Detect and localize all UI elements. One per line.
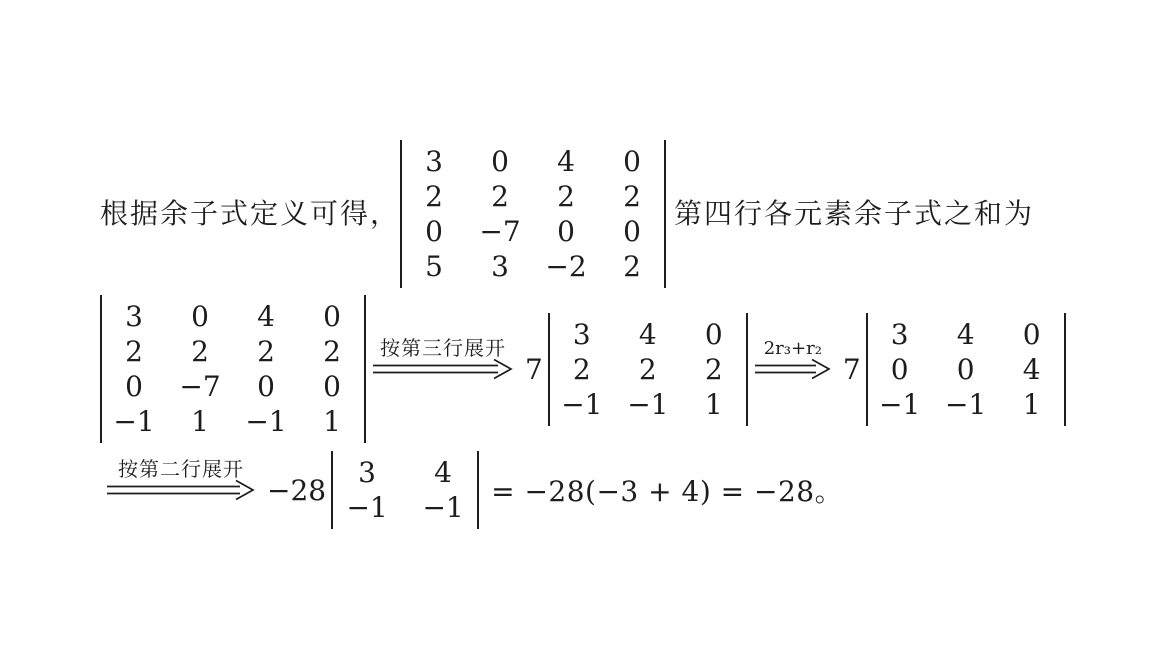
det-right-bar [664, 140, 666, 288]
matrix-cell: 3 [478, 249, 522, 284]
matrix-cell: 1 [692, 387, 736, 422]
determinant-original-4x4: 3 0 4 0 2 2 2 2 0 −7 0 0 5 3 −2 2 [400, 140, 666, 288]
derivation-line-1: 3 0 4 0 2 2 2 2 0 −7 0 0 −1 1 −1 1 按第三行展… [100, 295, 1066, 443]
matrix-cell: 0 [310, 369, 354, 404]
det-right-bar [1064, 313, 1066, 426]
double-arrow-icon [754, 358, 832, 380]
matrix-cell: 3 [878, 317, 922, 352]
matrix-cell: −7 [178, 369, 222, 404]
determinant-minors-sum-4x4: 3 0 4 0 2 2 2 2 0 −7 0 0 −1 1 −1 1 [100, 295, 366, 443]
final-result-text: = −28(−3 + 4) = −28。 [491, 470, 843, 510]
matrix-cell: 0 [112, 369, 156, 404]
matrix-cell: 1 [1010, 387, 1054, 422]
matrix-cell: 2 [412, 179, 456, 214]
statement-prefix-text: 根据余子式定义可得， [100, 197, 400, 231]
matrix-cell: 4 [244, 299, 288, 334]
arrow-row-operation: 2r₃+r₂ [754, 358, 832, 380]
matrix-grid: 3 4 0 2 2 2 −1 −1 1 [550, 313, 746, 426]
math-document-page: 根据余子式定义可得， 3 0 4 0 2 2 2 2 0 −7 0 0 5 3 … [0, 0, 1162, 646]
determinant-after-rowop-3x3: 3 4 0 0 0 4 −1 −1 1 [866, 313, 1066, 426]
matrix-cell: −1 [944, 387, 988, 422]
matrix-cell: 4 [544, 144, 588, 179]
matrix-cell: −1 [878, 387, 922, 422]
det-right-bar [477, 451, 479, 529]
derivation-line-2: 按第二行展开 −28 3 4 −1 −1 = −28(−3 + 4) = −28… [100, 451, 843, 529]
matrix-cell: 2 [310, 334, 354, 369]
determinant-final-2x2: 3 4 −1 −1 [331, 451, 479, 529]
coefficient-7a: 7 [525, 353, 543, 386]
arrow-expand-row2-label: 按第二行展开 [118, 458, 244, 480]
matrix-cell: 0 [1010, 317, 1054, 352]
matrix-cell: 2 [626, 352, 670, 387]
matrix-cell: 4 [419, 455, 467, 490]
matrix-cell: 3 [112, 299, 156, 334]
matrix-cell: 0 [544, 214, 588, 249]
matrix-grid: 3 0 4 0 2 2 2 2 0 −7 0 0 5 3 −2 2 [402, 140, 664, 288]
matrix-cell: 2 [692, 352, 736, 387]
matrix-grid: 3 4 0 0 0 4 −1 −1 1 [868, 313, 1064, 426]
det-right-bar [364, 295, 366, 443]
matrix-cell: −1 [419, 490, 467, 525]
determinant-after-expand-3x3: 3 4 0 2 2 2 −1 −1 1 [548, 313, 748, 426]
matrix-cell: 0 [878, 352, 922, 387]
matrix-cell: 0 [610, 214, 654, 249]
matrix-cell: −1 [626, 387, 670, 422]
matrix-cell: 2 [178, 334, 222, 369]
matrix-cell: 2 [610, 249, 654, 284]
statement-suffix-text: 第四行各元素余子式之和为 [674, 197, 1034, 231]
arrow-expand-row3-label: 按第三行展开 [380, 337, 506, 359]
arrow-row-operation-label: 2r₃+r₂ [764, 339, 822, 359]
arrow-expand-row2: 按第二行展开 [106, 479, 256, 501]
matrix-cell: 3 [560, 317, 604, 352]
matrix-cell: 1 [178, 404, 222, 439]
matrix-cell: −2 [544, 249, 588, 284]
matrix-grid: 3 0 4 0 2 2 2 2 0 −7 0 0 −1 1 −1 1 [102, 295, 364, 443]
matrix-cell: 0 [944, 352, 988, 387]
matrix-cell: 0 [692, 317, 736, 352]
matrix-cell: 4 [1010, 352, 1054, 387]
matrix-cell: 2 [544, 179, 588, 214]
matrix-cell: −1 [560, 387, 604, 422]
matrix-cell: 2 [610, 179, 654, 214]
matrix-cell: 3 [343, 455, 391, 490]
matrix-cell: 1 [310, 404, 354, 439]
matrix-cell: −1 [244, 404, 288, 439]
matrix-cell: 4 [944, 317, 988, 352]
matrix-cell: 2 [560, 352, 604, 387]
coefficient-7b: 7 [843, 353, 861, 386]
det-right-bar [746, 313, 748, 426]
matrix-cell: 0 [244, 369, 288, 404]
matrix-cell: 0 [478, 144, 522, 179]
matrix-cell: −1 [343, 490, 391, 525]
matrix-cell: 0 [310, 299, 354, 334]
double-arrow-icon [106, 479, 256, 501]
matrix-cell: 0 [610, 144, 654, 179]
matrix-cell: 5 [412, 249, 456, 284]
matrix-cell: 2 [478, 179, 522, 214]
matrix-cell: 2 [244, 334, 288, 369]
matrix-cell: −7 [478, 214, 522, 249]
arrow-expand-row3: 按第三行展开 [372, 358, 514, 380]
double-arrow-icon [372, 358, 514, 380]
matrix-cell: 2 [112, 334, 156, 369]
matrix-cell: −1 [112, 404, 156, 439]
matrix-cell: 0 [412, 214, 456, 249]
matrix-grid: 3 4 −1 −1 [333, 451, 477, 529]
coefficient-minus-28: −28 [267, 474, 326, 507]
statement-line: 根据余子式定义可得， 3 0 4 0 2 2 2 2 0 −7 0 0 5 3 … [100, 140, 1034, 288]
matrix-cell: 0 [178, 299, 222, 334]
matrix-cell: 4 [626, 317, 670, 352]
matrix-cell: 3 [412, 144, 456, 179]
